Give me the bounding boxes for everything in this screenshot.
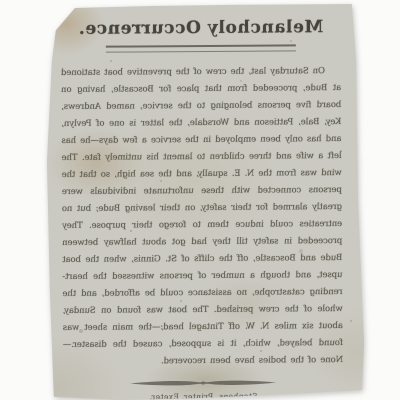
swelled-rule-ornament [128,377,278,388]
paper-shadow-wrap: Melancholy Occurrence. On Saturday last,… [0,0,400,400]
double-rule-divider [106,44,296,52]
foxing-speckles [40,0,42,2]
page-title: Melancholy Occurrence. [61,17,341,39]
mirrored-print-block: Melancholy Occurrence. On Saturday last,… [61,17,344,400]
photo-backdrop: Melancholy Occurrence. On Saturday last,… [0,0,400,400]
body-text: On Saturday last, the crew of the preven… [61,63,343,371]
printer-imprint: Stephens, Printer, Exeter. [63,391,343,400]
broadside-paper: Melancholy Occurrence. On Saturday last,… [40,0,370,400]
